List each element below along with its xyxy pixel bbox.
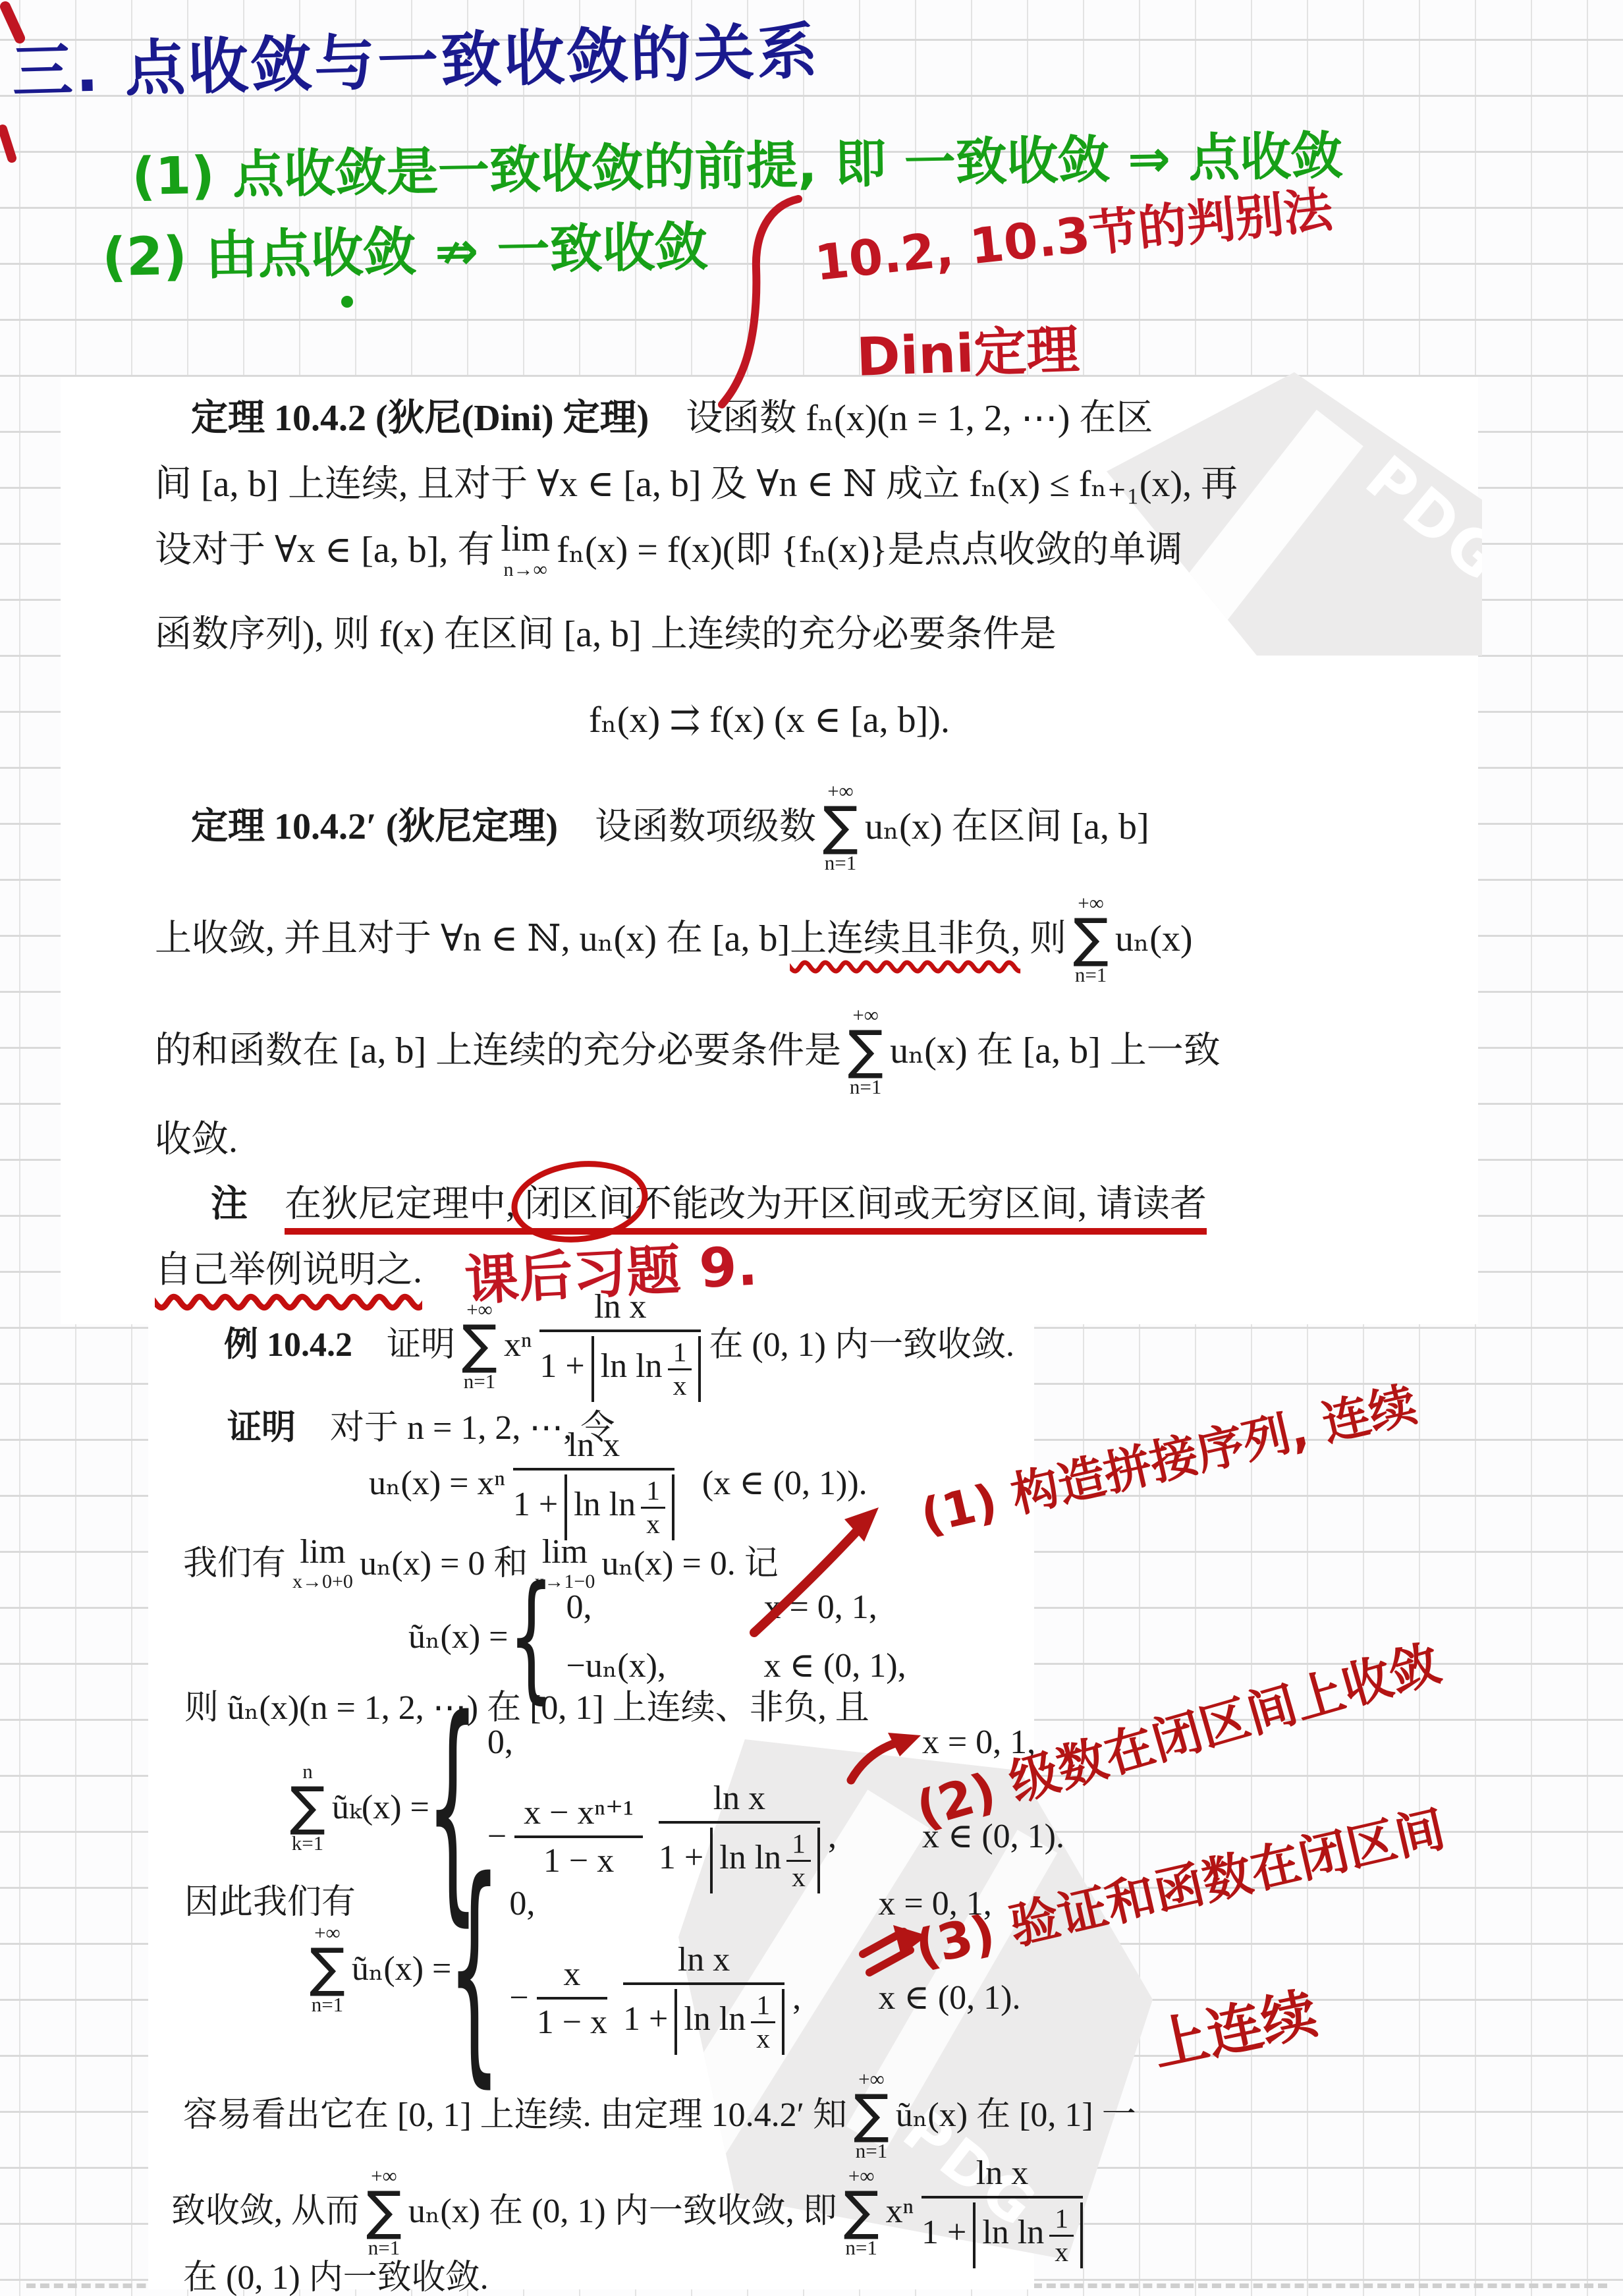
thm1-formula-text: fₙ(x) ⇉ f(x) (x ∈ [a, b]). [589, 700, 950, 741]
un-condition: (x ∈ (0, 1)). [702, 1462, 867, 1505]
fraction-numerator: ln x [922, 2154, 1083, 2198]
handwritten-annotation-3-line-2: 上连续 [1144, 1969, 1323, 2082]
fraction-numerator: ln x [623, 1941, 784, 1985]
lnln: ln ln [982, 2214, 1044, 2251]
ex-statement-tail: 在 (0, 1) 内一致收敛. [709, 1324, 1014, 1366]
sum-lower-limit: n=1 [848, 1077, 883, 1097]
lim-word: lim [501, 520, 550, 557]
fraction-numerator: ln x [513, 1426, 674, 1470]
piecewise-cases: { 0, x = 0, 1, −uₙ(x), x ∈ (0, 1), [508, 1578, 906, 1695]
sum-operator: +∞ ∑ n=1 [366, 2166, 402, 2258]
case-value: −uₙ(x), [566, 1644, 763, 1687]
thm2-line4-text: 收敛. [155, 1119, 238, 1160]
ex-un-definition: uₙ(x) = xⁿ ln x 1 +ln ln1x (x ∈ (0, 1)). [369, 1426, 867, 1540]
exercise-note-text: 课后习题 9. [463, 1235, 759, 1312]
den-one-plus: 1 + [623, 2000, 668, 2038]
brace-line-2-text: Dini定理 [856, 319, 1080, 388]
sigma-symbol: ∑ [366, 2189, 402, 2233]
den-one-plus: 1 + [659, 1839, 703, 1876]
sum-lower-limit: n=1 [310, 1994, 345, 2015]
case-value: 0, [487, 1721, 922, 1764]
proof-label: 证明 [227, 1409, 296, 1447]
thm2-line3-pre: 的和函数在 [a, b] 上连续的充分必要条件是 [155, 1028, 841, 1074]
sigma-symbol: ∑ [823, 804, 858, 849]
lnln: ln ln [719, 1839, 781, 1876]
minus-sign: − [509, 1976, 528, 2019]
lnln: ln ln [684, 2000, 746, 2038]
thm2-line2-pre: 上收敛, 并且对于 ∀n ∈ ℕ, uₙ(x) 在 [a, b] [155, 916, 790, 962]
thm1-line4: 函数序列), 则 f(x) 在区间 [a, b] 上连续的充分必要条件是 [155, 611, 1057, 658]
fraction-denominator: 1 +ln ln1x [623, 1985, 784, 2055]
fraction-denominator: 1 − x [537, 2000, 607, 2041]
conclusion3-text: 在 (0, 1) 内一致收敛. [183, 2259, 489, 2296]
ex-conclusion-3: 在 (0, 1) 内一致收敛. [183, 2256, 489, 2296]
handwritten-title-text: 三. 点收敛与一致收敛的关系 [11, 16, 821, 107]
case-value: 0, [566, 1586, 763, 1629]
den-one-plus: 1 + [513, 1486, 558, 1523]
fraction-lnx: ln x 1 +ln ln1x [922, 2154, 1083, 2268]
sigma-symbol: ∑ [844, 2189, 879, 2233]
x-power-n: xⁿ [886, 2190, 914, 2233]
sum-operator: +∞ ∑ n=1 [848, 1005, 883, 1097]
thm2-note: 注 在狄尼定理中, 闭区间不能改为开区间或无穷区间, 请读者 [211, 1181, 1207, 1227]
den-one-plus: 1 + [539, 1347, 584, 1385]
handwritten-title: 三. 点收敛与一致收敛的关系 [11, 3, 821, 111]
left-brace: { [448, 1849, 501, 2088]
conclusion1-post: 在 [0, 1] 一 [976, 2094, 1136, 2137]
sum-lower-limit: k=1 [290, 1833, 325, 1853]
thm2-line1-mid: 设函数项级数 [595, 804, 816, 850]
sum-operator: +∞ ∑ n=1 [823, 781, 858, 873]
notes-page: PDG PDG 定理 10.4.2 (狄尼(Dini) 定理) 设函数 fₙ(x… [0, 0, 1623, 2296]
green-dot [341, 296, 353, 308]
lnln: ln ln [601, 1347, 663, 1385]
handwritten-exercise-note: 课后习题 9. [462, 1223, 759, 1315]
thm2-line2-highlight: 上连续且非负, [790, 916, 1020, 962]
small-fraction-1-over-x: 1x [668, 1339, 692, 1399]
thm1-head: 定理 10.4.2 (狄尼(Dini) 定理) [191, 398, 649, 439]
ex-conclusion-2: 致收敛, 从而 +∞ ∑ n=1 uₙ(x) 在 (0, 1) 内一致收敛, 即… [171, 2154, 1091, 2268]
thm2-line4: 收敛. [155, 1117, 238, 1163]
conclusion2-mid: 在 (0, 1) 内一致收敛, 即 [489, 2190, 837, 2233]
case-value: − x 1 − x ln x 1 +ln ln1x , [509, 1941, 878, 2055]
note-label: 注 [211, 1184, 248, 1225]
case-condition: x ∈ (0, 1). [878, 1976, 1020, 2019]
conclusion2-fn: uₙ(x) [408, 2190, 480, 2233]
thm2-line3: 的和函数在 [a, b] 上连续的充分必要条件是 +∞ ∑ n=1 uₙ(x) … [155, 1005, 1221, 1097]
fraction-numerator: x − xⁿ⁺¹ [514, 1794, 643, 1838]
note-circled-word: 闭区间 [524, 1184, 635, 1225]
case-rows: 0, x = 0, 1, −uₙ(x), x ∈ (0, 1), [566, 1578, 906, 1695]
thm2-un: uₙ(x) [865, 804, 943, 850]
sfrac-den: x [641, 1509, 665, 1538]
thm2-head: 定理 10.4.2′ (狄尼定理) [191, 804, 558, 850]
note-pre: 在狄尼定理中, [285, 1184, 524, 1225]
limit-operator: lim n→∞ [501, 520, 550, 580]
sum-operator: +∞ ∑ n=1 [310, 1922, 345, 2015]
thm2-line1: 定理 10.4.2′ (狄尼定理) 设函数项级数 +∞ ∑ n=1 uₙ(x) … [191, 781, 1149, 873]
fraction-denominator: 1 +ln ln1x [922, 2198, 1083, 2268]
edge-tick-2 [3, 129, 12, 158]
sum-operator: +∞ ∑ n=1 [854, 2069, 889, 2161]
sigma-symbol: ∑ [1073, 916, 1109, 961]
small-fraction-1-over-x: 1x [1049, 2205, 1074, 2266]
brace-line-1-text: 10.2, 10.3节的判别法 [812, 181, 1335, 292]
un-lhs: uₙ(x) = xⁿ [369, 1462, 505, 1505]
case-row: −uₙ(x), x ∈ (0, 1), [566, 1644, 906, 1687]
note-post: 不能改为开区间或无穷区间, 请读者 [635, 1184, 1207, 1225]
sfrac-den: x [668, 1370, 692, 1400]
fraction-lnx: ln x 1 +ln ln1x [623, 1941, 784, 2055]
sfrac-num: 1 [1049, 2205, 1074, 2237]
case-value: 0, [509, 1882, 878, 1925]
sum-lower-limit: n=1 [823, 853, 858, 873]
thm1-line1: 定理 10.4.2 (狄尼(Dini) 定理) 设函数 fₙ(x)(n = 1,… [191, 395, 1153, 441]
absolute-value: ln ln1x [591, 1336, 701, 1402]
note-line2-text: 自己举例说明之. [155, 1250, 422, 1291]
sigma-symbol: ∑ [290, 1784, 325, 1829]
conclusion2-pre: 致收敛, 从而 [171, 2190, 360, 2233]
sum-operator: n ∑ k=1 [290, 1761, 325, 1853]
ex-series-sum: +∞ ∑ n=1 ũₙ(x) = { 0, x = 0, 1, − [303, 1874, 1021, 2063]
absolute-value: ln ln1x [564, 1474, 674, 1540]
fraction-x-over-1mx: x 1 − x [537, 1955, 607, 2041]
thm1-line2-text: 间 [a, b] 上连续, 且对于 ∀x ∈ [a, b] 及 ∀n ∈ ℕ 成… [155, 464, 1238, 505]
fraction-geometric: x − xⁿ⁺¹ 1 − x [514, 1794, 643, 1880]
tilde-un-lhs: ũₙ(x) = [408, 1615, 508, 1658]
thm1-formula: fₙ(x) ⇉ f(x) (x ∈ [a, b]). [61, 697, 1478, 743]
small-fraction-1-over-x: 1x [641, 1477, 665, 1538]
ex-piecewise-1: ũₙ(x) = { 0, x = 0, 1, −uₙ(x), x ∈ (0, 1… [408, 1578, 906, 1695]
sum-lower-limit: n=1 [366, 2237, 402, 2258]
thm1-line3-post: fₙ(x) = f(x)(即 {fₙ(x)}是点点收敛的单调 [557, 527, 1182, 573]
absolute-value: ln ln1x [973, 2202, 1083, 2268]
fraction-numerator: ln x [659, 1779, 820, 1824]
handwritten-brace-line-2: Dini定理 [855, 307, 1080, 391]
thm1-line3-pre: 设对于 ∀x ∈ [a, b], 有 [155, 527, 494, 573]
sigma-symbol: ∑ [854, 2092, 889, 2137]
conclusion1-fn: ũₙ(x) [896, 2094, 968, 2137]
lim-word: lim [292, 1535, 353, 1569]
left-brace: { [508, 1568, 554, 1706]
red-brace-stroke [722, 199, 798, 405]
sfrac-den: x [1049, 2237, 1074, 2266]
sfrac-den: x [751, 2023, 775, 2053]
thm2-un: uₙ(x) [1115, 916, 1193, 962]
note-underlined: 在狄尼定理中, 闭区间不能改为开区间或无穷区间, 请读者 [285, 1184, 1207, 1225]
comma: , [828, 1815, 837, 1858]
sfrac-num: 1 [668, 1339, 692, 1370]
fraction-denominator: 1 − x [514, 1838, 643, 1880]
tilde-un-lhs: ũₙ(x) = [352, 1947, 451, 1990]
thm2-line1-post: 在区间 [a, b] [951, 804, 1149, 850]
fraction-numerator: x [537, 1955, 607, 2000]
sum-lower-limit: n=1 [1073, 965, 1109, 985]
annotation-3-line-2-text: 上连续 [1147, 1981, 1323, 2079]
thm1-line1-rest: 设函数 fₙ(x)(n = 1, 2, ⋯) 在区 [686, 398, 1153, 439]
fraction-denominator: 1 +ln ln1x [513, 1470, 674, 1540]
sigma-symbol: ∑ [310, 1946, 345, 1990]
conclusion1-pre: 容易看出它在 [0, 1] 上连续. 由定理 10.4.2′ 知 [183, 2094, 847, 2137]
ex-prove-word: 证明 [387, 1324, 455, 1366]
sum-lower-limit: n=1 [462, 1371, 497, 1391]
comma: , [792, 1976, 801, 2019]
thm2-line2: 上收敛, 并且对于 ∀n ∈ ℕ, uₙ(x) 在 [a, b] 上连续且非负,… [155, 893, 1193, 985]
sfrac-num: 1 [751, 1992, 775, 2023]
sfrac-num: 1 [641, 1477, 665, 1509]
have-pre: 我们有 [183, 1542, 286, 1585]
absolute-value: ln ln1x [674, 1989, 784, 2055]
lim-subscript: x→0+0 [292, 1572, 353, 1592]
limit-operator: lim x→0+0 [292, 1535, 353, 1592]
sfrac-num: 1 [786, 1830, 811, 1862]
fraction-lnx: ln x 1 +ln ln1x [513, 1426, 674, 1540]
case-row: 0, x = 0, 1, [566, 1586, 906, 1629]
lim-subscript: n→∞ [501, 560, 550, 580]
lnln: ln ln [574, 1486, 636, 1523]
thm1-line2: 间 [a, b] 上连续, 且对于 ∀x ∈ [a, b] 及 ∀n ∈ ℕ 成… [155, 461, 1238, 507]
den-one-plus: 1 + [922, 2214, 966, 2251]
thm2-line3-post: 在 [a, b] 上一致 [977, 1028, 1221, 1074]
fraction-denominator: 1 +ln ln1x [539, 1332, 701, 1402]
thm2-note-line2: 自己举例说明之. [155, 1247, 422, 1293]
thm1-line3: 设对于 ∀x ∈ [a, b], 有 lim n→∞ fₙ(x) = f(x)(… [155, 520, 1182, 580]
handwritten-point-2-text: (2) 由点收敛 ⇏ 一致收敛 [101, 216, 708, 288]
sigma-symbol: ∑ [462, 1322, 497, 1367]
small-fraction-1-over-x: 1x [751, 1992, 775, 2052]
x-power-n: xⁿ [504, 1324, 532, 1366]
sum-lower-limit: n=1 [844, 2237, 879, 2258]
case-condition: x = 0, 1, [763, 1586, 877, 1629]
sum-operator: +∞ ∑ n=1 [1073, 893, 1109, 985]
thm2-un: uₙ(x) [890, 1028, 968, 1074]
sum-operator: +∞ ∑ n=1 [844, 2166, 879, 2258]
thm2-line2-then: 则 [1030, 916, 1066, 962]
handwritten-point-2: (2) 由点收敛 ⇏ 一致收敛 [101, 204, 708, 291]
case-condition: x ∈ (0, 1), [763, 1644, 906, 1687]
tilde-uk-lhs: ũₖ(x) = [332, 1786, 429, 1829]
ex-conclusion-1: 容易看出它在 [0, 1] 上连续. 由定理 10.4.2′ 知 +∞ ∑ n=… [183, 2069, 1136, 2161]
thm1-line4-text: 函数序列), 则 f(x) 在区间 [a, b] 上连续的充分必要条件是 [155, 614, 1057, 655]
ex-head: 例 10.4.2 [224, 1324, 352, 1366]
sigma-symbol: ∑ [848, 1028, 883, 1073]
